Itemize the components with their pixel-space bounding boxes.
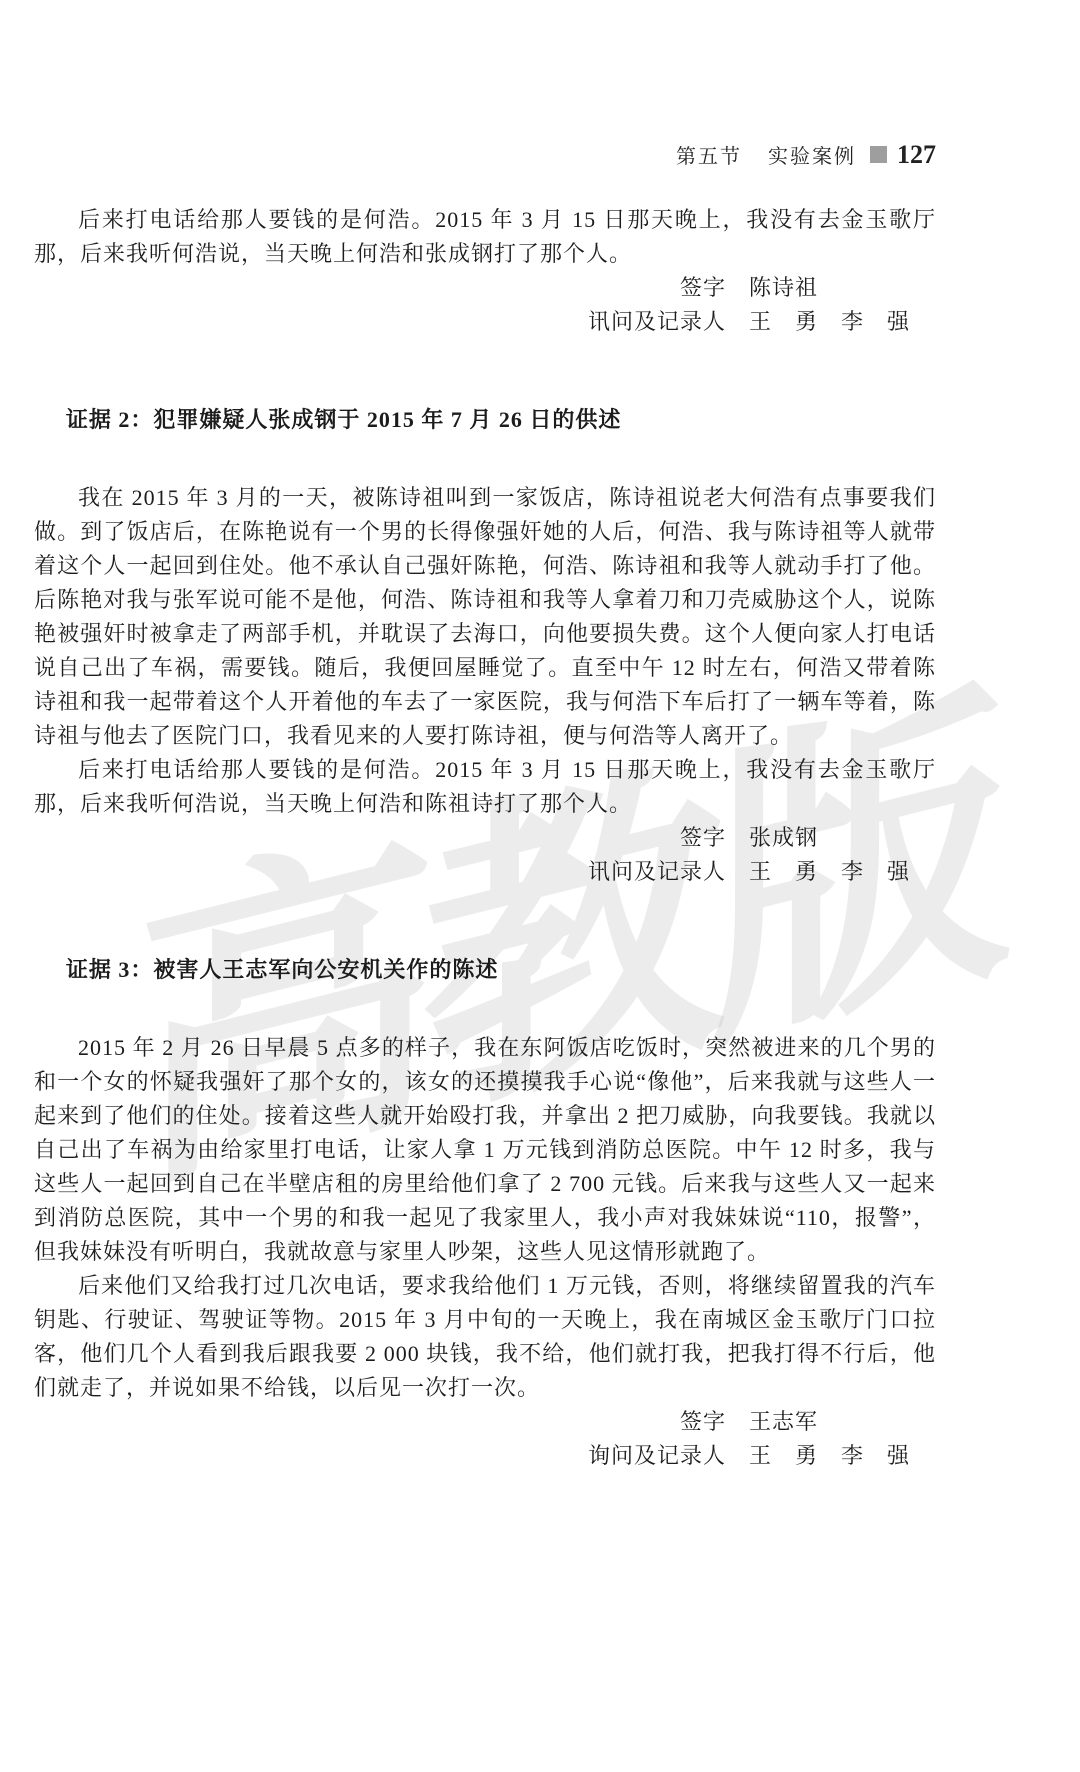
evidence3-signature-line: 签字 王志军	[34, 1405, 936, 1439]
page-content: 后来打电话给那人要钱的是何浩。2015 年 3 月 15 日那天晚上，我没有去金…	[34, 203, 936, 1473]
evidence3-paragraph-1: 2015 年 2 月 26 日早晨 5 点多的样子，我在东阿饭店吃饭时，突然被进…	[34, 1031, 936, 1269]
evidence1-closing-paragraph: 后来打电话给那人要钱的是何浩。2015 年 3 月 15 日那天晚上，我没有去金…	[34, 203, 936, 271]
evidence3-paragraph-2: 后来他们又给我打过几次电话，要求我给他们 1 万元钱，否则，将继续留置我的汽车钥…	[34, 1269, 936, 1405]
evidence2-recorder-line: 讯问及记录人 王 勇 李 强	[34, 855, 936, 889]
evidence2-heading: 证据 2：犯罪嫌疑人张成钢于 2015 年 7 月 26 日的供述	[34, 403, 936, 437]
page-number: 127	[897, 142, 936, 168]
evidence3-heading: 证据 3：被害人王志军向公安机关作的陈述	[34, 953, 936, 987]
evidence2-paragraph-1: 我在 2015 年 3 月的一天，被陈诗祖叫到一家饭店，陈诗祖说老大何浩有点事要…	[34, 481, 936, 753]
evidence2-signature-line: 签字 张成钢	[34, 821, 936, 855]
evidence3-recorder-line: 询问及记录人 王 勇 李 强	[34, 1439, 936, 1473]
evidence1-signature-line: 签字 陈诗祖	[34, 271, 936, 305]
book-page: 高教版 第五节 实验案例 127 后来打电话给那人要钱的是何浩。2015 年 3…	[0, 0, 1080, 1772]
evidence1-recorder-line: 讯问及记录人 王 勇 李 强	[34, 305, 936, 339]
chapter-title: 实验案例	[768, 140, 856, 169]
evidence2-paragraph-2: 后来打电话给那人要钱的是何浩。2015 年 3 月 15 日那天晚上，我没有去金…	[34, 753, 936, 821]
header-square-marker	[870, 146, 887, 163]
page-header: 第五节 实验案例 127	[34, 140, 936, 169]
section-label: 第五节	[676, 140, 742, 169]
